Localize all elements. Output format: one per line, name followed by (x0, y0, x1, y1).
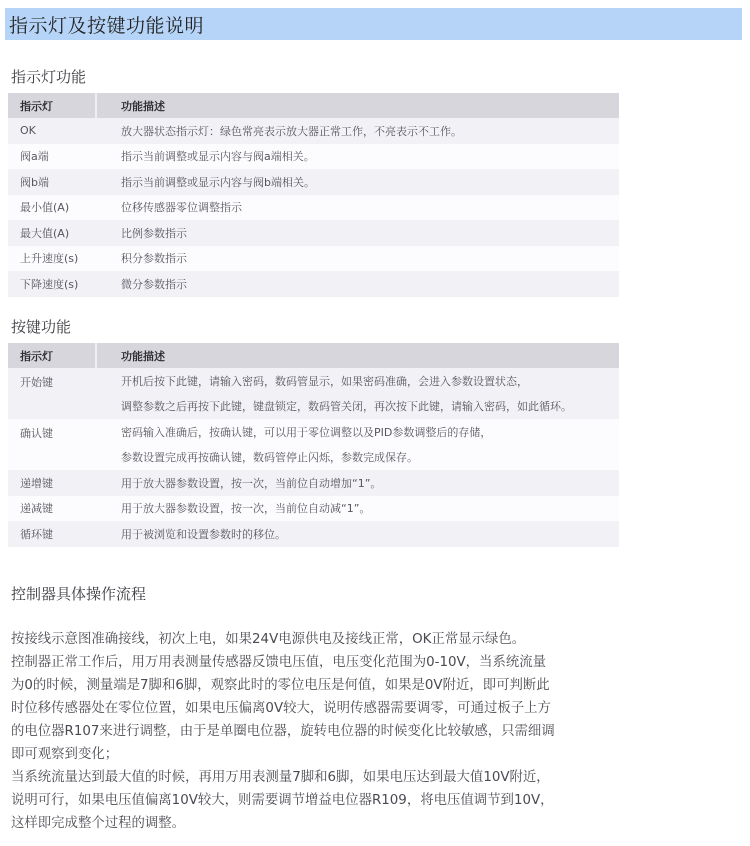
table-header-row: 指示灯 功能描述 (8, 93, 619, 118)
table-row: 上升速度(s) 积分参数指示 (8, 246, 619, 272)
procedure-line: 即可观察到变化； (11, 743, 731, 766)
key-description: 用于被浏览和设置参数时的移位。 (97, 521, 619, 547)
key-name: 开始键 (8, 368, 97, 419)
key-table: 指示灯 功能描述 开始键 开机后按下此键，请输入密码，数码管显示，如果密码准确，… (8, 343, 619, 547)
indicator-section-heading: 指示灯功能 (11, 66, 86, 87)
table-row: 最大值(A) 比例参数指示 (8, 220, 619, 246)
key-description: 用于放大器参数设置，按一次，当前位自动减“1”。 (97, 496, 619, 522)
table-row: 阀b端 指示当前调整或显示内容与阀b端相关。 (8, 169, 619, 195)
column-header-description: 功能描述 (97, 343, 619, 368)
indicator-description: 比例参数指示 (97, 220, 619, 246)
table-row: 开始键 开机后按下此键，请输入密码，数码管显示，如果密码准确，会进入参数设置状态… (8, 368, 619, 419)
key-description-line: 开机后按下此键，请输入密码，数码管显示，如果密码准确，会进入参数设置状态， (121, 368, 528, 394)
procedure-line: 控制器正常工作后，用万用表测量传感器反馈电压值，电压变化范围为0-10V，当系统… (11, 651, 731, 674)
key-description-line: 参数设置完成再按确认键，数码管停止闪烁，参数完成保存。 (121, 445, 418, 471)
indicator-name: 下降速度(s) (8, 271, 97, 297)
indicator-name: 阀b端 (8, 169, 97, 195)
key-section-heading: 按键功能 (11, 316, 71, 337)
procedure-section-heading: 控制器具体操作流程 (11, 583, 146, 604)
table-row: 递增键 用于放大器参数设置，按一次，当前位自动增加“1”。 (8, 470, 619, 496)
table-header-row: 指示灯 功能描述 (8, 343, 619, 368)
procedure-line: 时位移传感器处在零位位置，如果电压偏离0V较大，说明传感器需要调零，可通过板子上… (11, 697, 731, 720)
key-description-line: 密码输入准确后，按确认键，可以用于零位调整以及PID参数调整后的存储， (121, 419, 491, 445)
column-header-key: 指示灯 (8, 343, 97, 368)
procedure-line: 说明可行，如果电压值偏离10V较大，则需要调节增益电位器R109，将电压值调节到… (11, 789, 731, 812)
column-header-indicator: 指示灯 (8, 93, 97, 118)
indicator-description: 指示当前调整或显示内容与阀a端相关。 (97, 144, 619, 170)
table-row: 确认键 密码输入准确后，按确认键，可以用于零位调整以及PID参数调整后的存储， … (8, 419, 619, 470)
key-description: 开机后按下此键，请输入密码，数码管显示，如果密码准确，会进入参数设置状态， 调整… (97, 368, 619, 419)
indicator-description: 积分参数指示 (97, 246, 619, 272)
column-header-description: 功能描述 (97, 93, 619, 118)
procedure-line: 为0的时候，测量端是7脚和6脚，观察此时的零位电压是何值，如果是0V附近，即可判… (11, 674, 731, 697)
table-row: 阀a端 指示当前调整或显示内容与阀a端相关。 (8, 144, 619, 170)
key-description-line: 调整参数之后再按下此键，键盘锁定，数码管关闭，再次按下此键，请输入密码，如此循环… (121, 394, 572, 420)
indicator-name: OK (8, 118, 97, 144)
table-row: 递减键 用于放大器参数设置，按一次，当前位自动减“1”。 (8, 496, 619, 522)
indicator-description: 放大器状态指示灯：绿色常亮表示放大器正常工作，不亮表示不工作。 (97, 118, 619, 144)
indicator-description: 微分参数指示 (97, 271, 619, 297)
procedure-line: 按接线示意图准确接线，初次上电，如果24V电源供电及接线正常，OK正常显示绿色。 (11, 628, 731, 651)
table-row: 循环键 用于被浏览和设置参数时的移位。 (8, 521, 619, 547)
indicator-name: 上升速度(s) (8, 246, 97, 272)
procedure-paragraph: 按接线示意图准确接线，初次上电，如果24V电源供电及接线正常，OK正常显示绿色。… (11, 628, 731, 835)
key-name: 循环键 (8, 521, 97, 547)
procedure-line: 这样即完成整个过程的调整。 (11, 812, 731, 835)
indicator-name: 阀a端 (8, 144, 97, 170)
page-title-bar: 指示灯及按键功能说明 (5, 8, 742, 40)
page-title: 指示灯及按键功能说明 (9, 11, 204, 38)
table-row: OK 放大器状态指示灯：绿色常亮表示放大器正常工作，不亮表示不工作。 (8, 118, 619, 144)
table-row: 下降速度(s) 微分参数指示 (8, 271, 619, 297)
indicator-description: 位移传感器零位调整指示 (97, 195, 619, 221)
key-name: 递增键 (8, 470, 97, 496)
indicator-name: 最大值(A) (8, 220, 97, 246)
key-name: 递减键 (8, 496, 97, 522)
indicator-description: 指示当前调整或显示内容与阀b端相关。 (97, 169, 619, 195)
key-description: 密码输入准确后，按确认键，可以用于零位调整以及PID参数调整后的存储， 参数设置… (97, 419, 619, 470)
table-row: 最小值(A) 位移传感器零位调整指示 (8, 195, 619, 221)
procedure-line: 的电位器R107来进行调整，由于是单圈电位器，旋转电位器的时候变化比较敏感，只需… (11, 720, 731, 743)
key-description: 用于放大器参数设置，按一次，当前位自动增加“1”。 (97, 470, 619, 496)
key-name: 确认键 (8, 419, 97, 470)
indicator-name: 最小值(A) (8, 195, 97, 221)
indicator-table: 指示灯 功能描述 OK 放大器状态指示灯：绿色常亮表示放大器正常工作，不亮表示不… (8, 93, 619, 297)
procedure-line: 当系统流量达到最大值的时候，再用万用表测量7脚和6脚，如果电压达到最大值10V附… (11, 766, 731, 789)
